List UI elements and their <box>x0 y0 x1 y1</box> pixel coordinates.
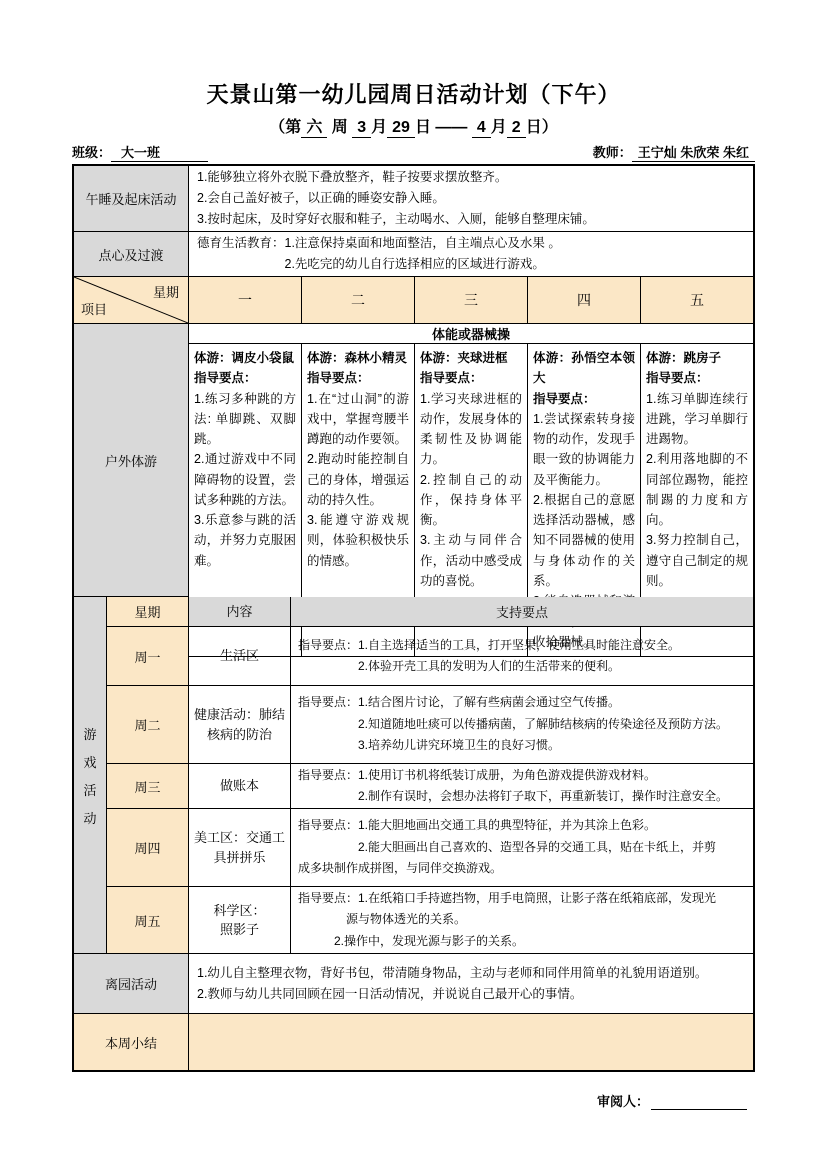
subtitle-segment: 月 <box>491 119 507 136</box>
row-label-outdoor: 户外体游 <box>74 324 189 597</box>
subtitle: （第 六 周 3 月 29 日 —— 4 月 2 日） <box>0 114 827 138</box>
corner-label-item: 项目 <box>81 299 107 318</box>
game-day: 周一 <box>107 627 189 686</box>
game-content: 健康活动：肺结核病的防治 <box>189 686 291 764</box>
page-title: 天景山第一幼儿园周日活动计划（下午） <box>0 0 827 109</box>
subtitle-segment: 日） <box>526 119 558 136</box>
guide-label: 指导要点： <box>194 368 296 388</box>
game-row-thu: 周四 美工区：交通工具拼拼乐 指导要点：1.能大胆地画出交通工具的典型特征，并为… <box>107 809 753 887</box>
subtitle-segment: 月 <box>371 119 387 136</box>
game-support: 指导要点：1.使用订书机将纸装订成册，为角色游戏提供游戏材料。 2.制作有误时，… <box>291 764 753 809</box>
guide-label: 指导要点： <box>646 368 748 388</box>
summary-content <box>189 1014 753 1070</box>
class-field: 班级：大一班 <box>72 142 208 162</box>
document-page: 天景山第一幼儿园周日活动计划（下午） （第 六 周 3 月 29 日 —— 4 … <box>0 0 827 1170</box>
games-header-row: 星期 内容 支持要点 <box>107 597 753 627</box>
table-row-nap: 午睡及起床活动 1.能够独立将外衣脱下叠放整齐，鞋子按要求摆放整齐。2.会自己盖… <box>74 166 753 232</box>
info-line: 班级：大一班 教师：王宁灿 朱欣荣 朱红 <box>72 142 755 162</box>
class-value: 大一班 <box>111 146 208 162</box>
activity-title: 体游：孙悟空本领大 <box>533 348 635 389</box>
guide-label: 指导要点： <box>307 368 409 388</box>
outdoor-section: 户外体游 体能或器械操 体游：调皮小袋鼠 指导要点： 1.练习多种跳的方法: 单… <box>74 324 753 597</box>
guide-points: 1.练习多种跳的方法: 单脚跳、双脚跳。2.通过游戏中不同障碍物的设置，尝试多种… <box>194 389 296 571</box>
games-right: 星期 内容 支持要点 周一 生活区 指导要点：1.自主选择适当的工具，打开坚果，… <box>107 597 753 954</box>
game-content: 做账本 <box>189 764 291 809</box>
table-row-snack: 点心及过渡 德育生活教育：1.注意保持桌面和地面整洁，自主端点心及水果 。 2.… <box>74 232 753 277</box>
activity-title: 体游：森林小精灵 <box>307 348 409 368</box>
start-month-blank: 3 <box>352 120 371 138</box>
start-day-blank: 29 <box>387 120 415 138</box>
table-row-leave: 离园活动 1.幼儿自主整理衣物，背好书包，带清随身物品，主动与老师和同伴用简单的… <box>74 954 753 1014</box>
games-section: 游戏活动 星期 内容 支持要点 周一 生活区 指导要点：1.自主选择适当的工具，… <box>74 597 753 954</box>
game-day: 周二 <box>107 686 189 764</box>
row-label-snack: 点心及过渡 <box>74 232 189 277</box>
game-content: 美工区：交通工具拼拼乐 <box>189 809 291 887</box>
day-header-mon: 一 <box>189 277 302 324</box>
activity-title: 体游：跳房子 <box>646 348 748 368</box>
end-day-blank: 2 <box>507 120 526 138</box>
guide-label: 指导要点： <box>533 389 635 409</box>
games-header-support: 支持要点 <box>291 597 753 627</box>
day-header-fri: 五 <box>641 277 753 324</box>
corner-label-week: 星期 <box>153 282 179 301</box>
game-support: 指导要点：1.自主选择适当的工具，打开坚果，使用工具时能注意安全。 2.体验开壳… <box>291 627 753 686</box>
game-row-mon: 周一 生活区 指导要点：1.自主选择适当的工具，打开坚果，使用工具时能注意安全。… <box>107 627 753 686</box>
game-content: 科学区： 照影子 <box>189 887 291 954</box>
reviewer-blank <box>651 1096 747 1110</box>
reviewer-line: 审阅人： <box>72 1091 755 1110</box>
reviewer-label: 审阅人： <box>597 1094 649 1109</box>
game-support: 指导要点：1.结合图片讨论，了解有些病菌会通过空气传播。 2.知道随地吐痰可以传… <box>291 686 753 764</box>
activity-title: 体游：夹球进框 <box>420 348 522 368</box>
teacher-value: 王宁灿 朱欣荣 朱红 <box>632 146 755 162</box>
subtitle-segment: 日 —— <box>415 119 472 136</box>
subtitle-segment: 周 <box>327 119 352 136</box>
game-day: 周四 <box>107 809 189 887</box>
guide-label: 指导要点： <box>420 368 522 388</box>
exercise-banner: 体能或器械操 <box>189 324 753 344</box>
leave-guidelines: 1.幼儿自主整理衣物，背好书包，带清随身物品，主动与老师和同伴用简单的礼貌用语道… <box>189 954 753 1014</box>
game-support: 指导要点：1.能大胆地画出交通工具的典型特征，并为其涂上色彩。 2.能大胆画出自… <box>291 809 753 887</box>
games-vertical-label: 游戏活动 <box>74 597 107 954</box>
week-header-row: 星期 项目 一 二 三 四 五 <box>74 277 753 324</box>
game-day: 周五 <box>107 887 189 954</box>
game-row-tue: 周二 健康活动：肺结核病的防治 指导要点：1.结合图片讨论，了解有些病菌会通过空… <box>107 686 753 764</box>
schedule-table: 午睡及起床活动 1.能够独立将外衣脱下叠放整齐，鞋子按要求摆放整齐。2.会自己盖… <box>72 164 755 1072</box>
day-header-wed: 三 <box>415 277 528 324</box>
games-header-content: 内容 <box>189 597 291 627</box>
end-month-blank: 4 <box>472 120 491 138</box>
game-row-wed: 周三 做账本 指导要点：1.使用订书机将纸装订成册，为角色游戏提供游戏材料。 2… <box>107 764 753 809</box>
activity-title: 体游：调皮小袋鼠 <box>194 348 296 368</box>
week-number-blank: 六 <box>301 120 327 138</box>
row-label-nap: 午睡及起床活动 <box>74 166 189 232</box>
game-day: 周三 <box>107 764 189 809</box>
corner-cell: 星期 项目 <box>74 277 189 324</box>
nap-guidelines: 1.能够独立将外衣脱下叠放整齐，鞋子按要求摆放整齐。2.会自己盖好被子，以正确的… <box>189 166 753 232</box>
game-support: 指导要点：1.在纸箱口手持遮挡物，用手电筒照，让影子落在纸箱底部，发现光 源与物… <box>291 887 753 954</box>
guide-points: 1.学习夹球进框的动作，发展身体的柔韧性及协调能力。2.控制自己的动作，保持身体… <box>420 389 522 592</box>
table-row-summary: 本周小结 <box>74 1014 753 1070</box>
guide-points: 1.在“过山洞”的游戏中，掌握弯腰半蹲跑的动作要领。2.跑动时能控制自己的身体，… <box>307 389 409 571</box>
row-label-leave: 离园活动 <box>74 954 189 1014</box>
row-label-summary: 本周小结 <box>74 1014 189 1070</box>
game-row-fri: 周五 科学区： 照影子 指导要点：1.在纸箱口手持遮挡物，用手电筒照，让影子落在… <box>107 887 753 954</box>
subtitle-segment: （第 <box>269 119 301 136</box>
snack-guidelines: 德育生活教育：1.注意保持桌面和地面整洁，自主端点心及水果 。 2.先吃完的幼儿… <box>189 232 753 277</box>
teacher-field: 教师：王宁灿 朱欣荣 朱红 <box>593 142 755 162</box>
outdoor-right: 体能或器械操 体游：调皮小袋鼠 指导要点： 1.练习多种跳的方法: 单脚跳、双脚… <box>189 324 753 597</box>
guide-points: 1.练习单脚连续行进跳，学习单脚行进踢物。2.利用落地脚的不同部位踢物，能控制踢… <box>646 389 748 592</box>
class-label: 班级： <box>72 145 111 160</box>
games-header-day: 星期 <box>107 597 189 627</box>
day-header-tue: 二 <box>302 277 415 324</box>
day-header-thu: 四 <box>528 277 641 324</box>
teacher-label: 教师： <box>593 145 632 160</box>
game-content: 生活区 <box>189 627 291 686</box>
